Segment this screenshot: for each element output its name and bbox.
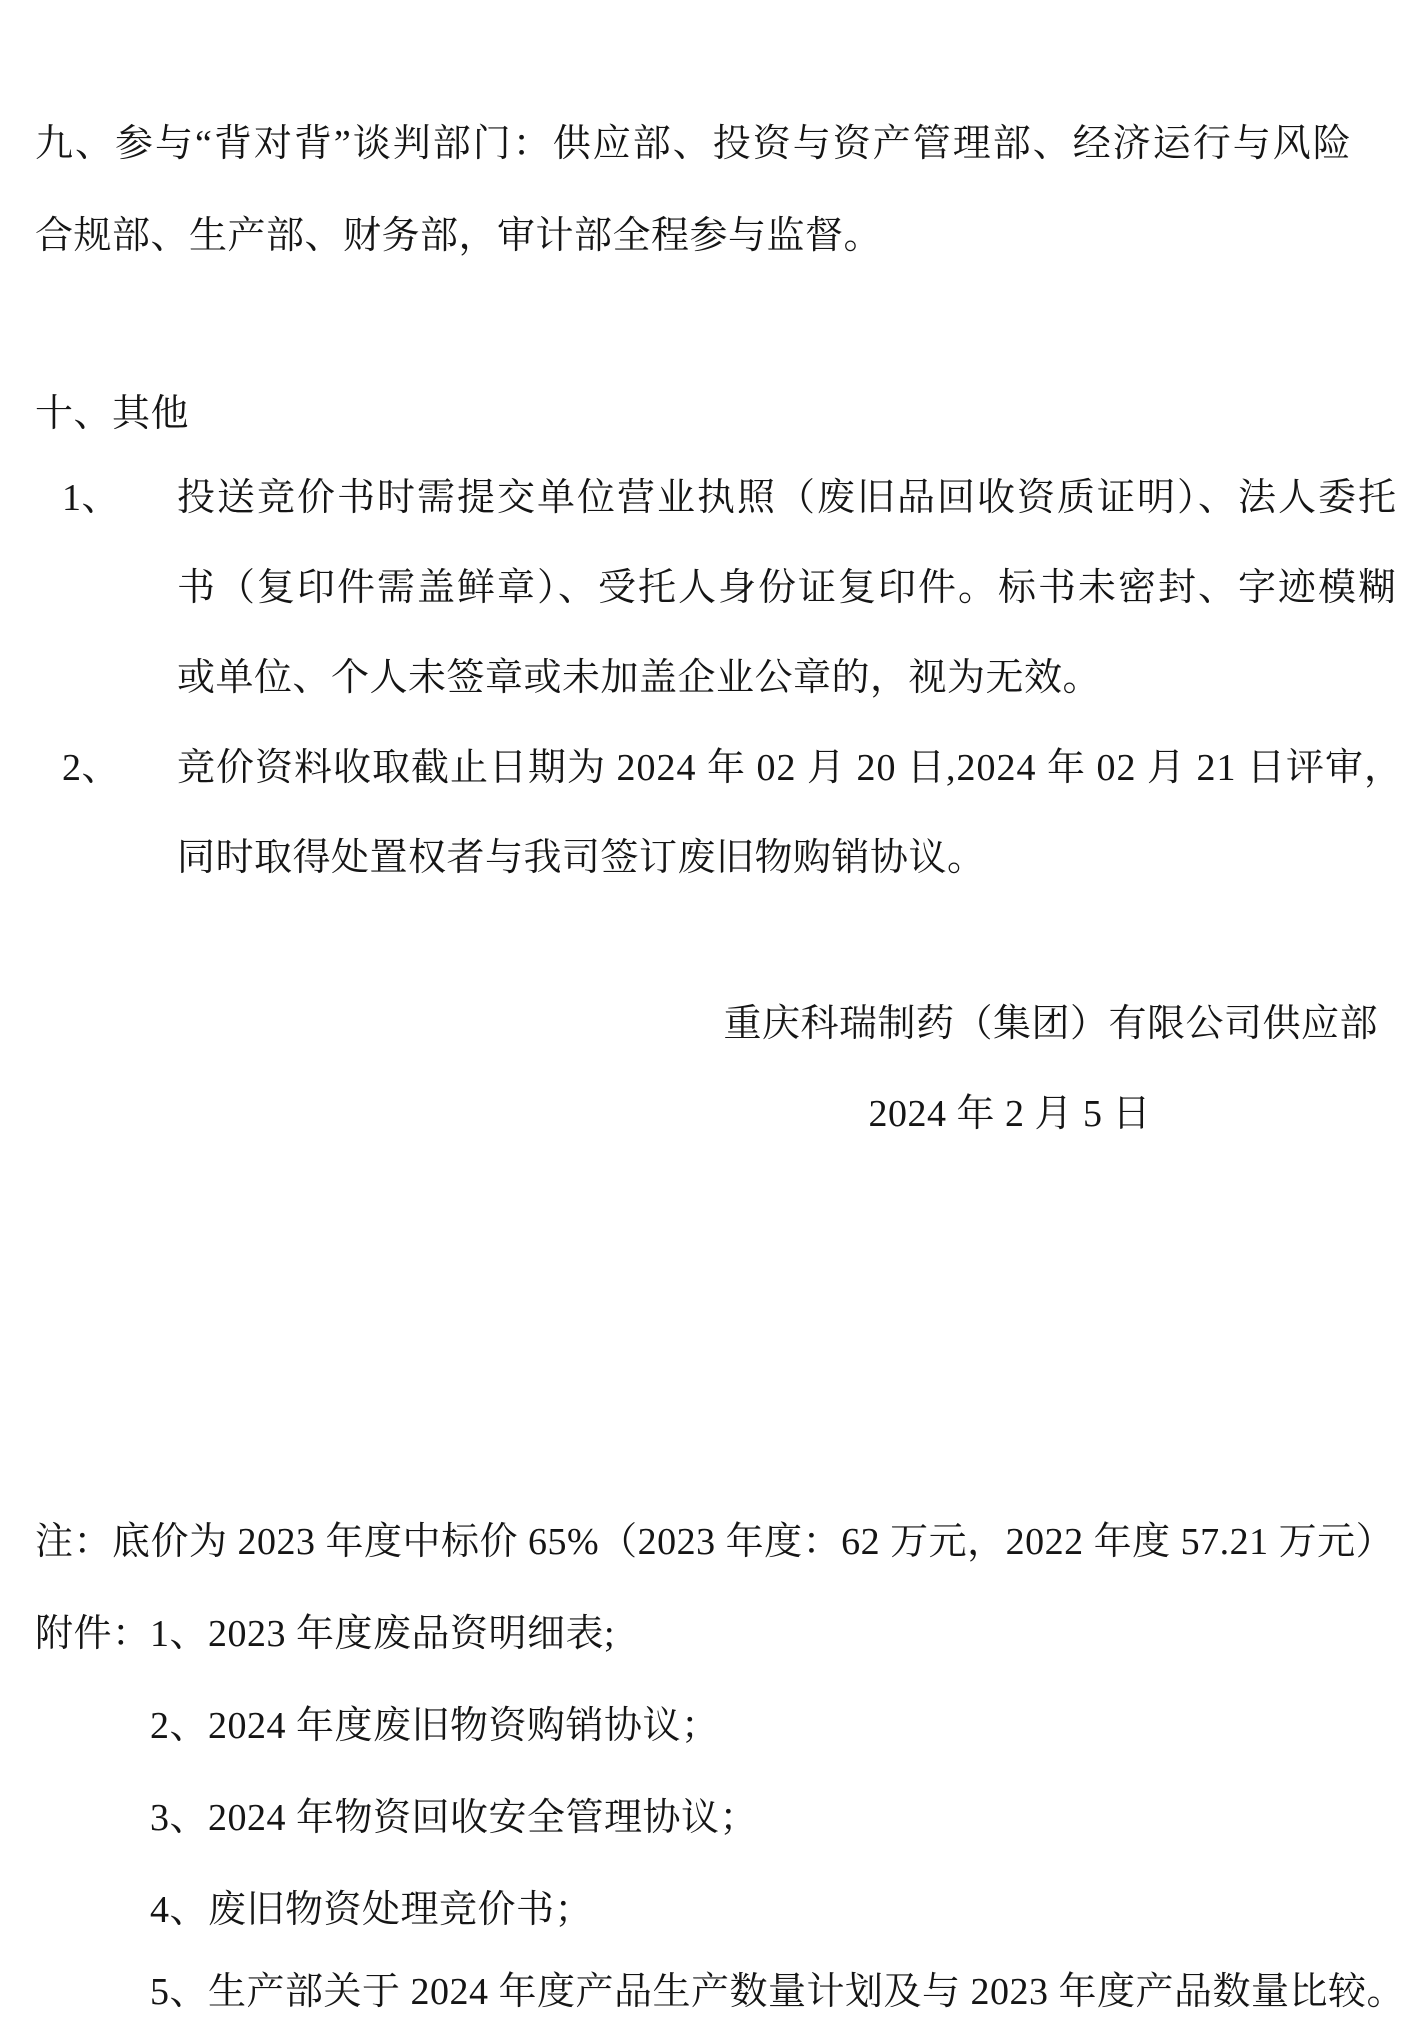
list-item-1-number: 1、 bbox=[62, 474, 120, 522]
list-item-2-line-1: 竞价资料收取截止日期为 2024 年 02 月 20 日,2024 年 02 月… bbox=[177, 744, 1403, 792]
section-ten-heading: 十、其他 bbox=[35, 390, 189, 438]
list-item-2-number: 2、 bbox=[62, 744, 120, 792]
document-page: 九、参与“背对背”谈判部门：供应部、投资与资产管理部、经济运行与风险 合规部、生… bbox=[0, 0, 1421, 2021]
signature-date: 2024 年 2 月 5 日 bbox=[868, 1090, 1151, 1138]
signature-company: 重庆科瑞制药（集团）有限公司供应部 bbox=[723, 1000, 1378, 1048]
section-nine-line-1: 九、参与“背对背”谈判部门：供应部、投资与资产管理部、经济运行与风险 bbox=[35, 120, 1353, 168]
attachment-item-1: 1、2023 年度废品资明细表; bbox=[150, 1610, 615, 1658]
list-item-2-line-2: 同时取得处置权者与我司签订废旧物购销协议。 bbox=[177, 834, 986, 882]
attachment-item-3: 3、2024 年物资回收安全管理协议； bbox=[150, 1794, 758, 1842]
attachment-item-5: 5、生产部关于 2024 年度产品生产数量计划及与 2023 年度产品数量比较。 bbox=[150, 1968, 1405, 2016]
attachment-item-2: 2、2024 年度废旧物资购销协议； bbox=[150, 1702, 720, 1750]
attachments-label: 附件： bbox=[35, 1610, 151, 1658]
attachment-item-4: 4、废旧物资处理竞价书； bbox=[150, 1886, 593, 1934]
note-line: 注：底价为 2023 年度中标价 65%（2023 年度：62 万元，2022 … bbox=[35, 1518, 1394, 1566]
list-item-1-line-1: 投送竞价书时需提交单位营业执照（废旧品回收资质证明）、法人委托 bbox=[177, 474, 1398, 522]
list-item-1-line-2: 书（复印件需盖鲜章）、受托人身份证复印件。标书未密封、字迹模糊 bbox=[177, 564, 1398, 612]
section-nine-line-2: 合规部、生产部、财务部，审计部全程参与监督。 bbox=[35, 212, 882, 260]
list-item-1-line-3: 或单位、个人未签章或未加盖企业公章的，视为无效。 bbox=[177, 654, 1101, 702]
